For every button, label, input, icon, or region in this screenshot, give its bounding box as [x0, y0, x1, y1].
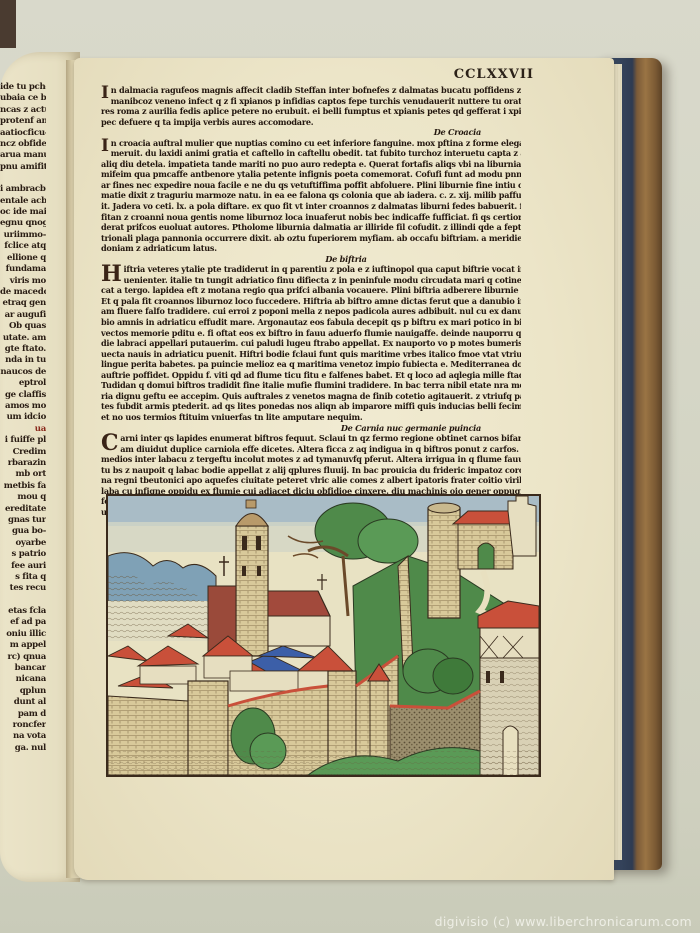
left-page-text-line: i ambracbi: [0, 184, 46, 195]
drop-cap-initial: C: [101, 433, 118, 453]
left-page-text-line: uriimmo-: [0, 230, 46, 241]
section-heading: De Croacia: [101, 127, 521, 138]
left-page-text-line: protenf an: [0, 116, 46, 127]
text-line: manibcoz veneno infect q z fi xpianos p …: [111, 96, 521, 107]
left-page-heading-fragment: ua: [0, 424, 46, 435]
left-page-text-line: dunt al: [0, 697, 46, 708]
left-page-text-line: ide tu pcho: [0, 82, 46, 93]
text-line: res roma z aurilia fedis aplice petere n…: [101, 106, 521, 117]
left-page-text-line: eptrol: [0, 378, 46, 389]
text-line: auftrie poffidet. Oppidu f. viti qd ad f…: [101, 370, 521, 381]
drop-cap-initial: I: [101, 85, 109, 102]
text-paragraph: Hiftria veteres ytalie pte tradiderut in…: [101, 264, 521, 433]
backdrop-corner: [0, 0, 16, 48]
left-page-text-line: entale acba: [0, 196, 46, 207]
text-line: am diuidut duplice carniola effe dicetes…: [120, 444, 521, 455]
paragraph-gap: [0, 595, 46, 606]
left-page-text-line: naucos de: [0, 367, 46, 378]
left-page-text-line: pnu amifit.: [0, 162, 46, 173]
text-line: meruit. du laxidi animi gratia et caftel…: [111, 148, 521, 159]
left-page-text-line: oc ide mai: [0, 207, 46, 218]
text-line: n croacia auftral mulier que nuptias com…: [111, 138, 521, 149]
left-page-text-line: fee auri: [0, 561, 46, 572]
text-line: pec defuere q ta impija verbis aures acc…: [101, 117, 521, 128]
left-page-text-line: nicana: [0, 674, 46, 685]
text-line: fitan z croanni noua gentis nome liburno…: [101, 212, 521, 223]
text-line: Et q pala fit croannos liburnoz loco fuc…: [101, 296, 521, 307]
section-heading: De biftria: [101, 254, 521, 265]
text-line: et no uos termios ftituim vniuerfas tn l…: [101, 412, 521, 423]
left-page-text-line: etraq gen: [0, 298, 46, 309]
text-line: die labraci appellari putauerim. cui pal…: [101, 338, 521, 349]
text-line: matie dixit z traguriu marmoze natu. in …: [101, 190, 521, 201]
left-page-text-line: arua manu: [0, 150, 46, 161]
town-view-image: [108, 496, 539, 775]
left-page-text-line: gua bo-: [0, 526, 46, 537]
left-page-text-line: na vota: [0, 731, 46, 742]
left-page-text-line: s fita q: [0, 572, 46, 583]
left-page-text-line: tes recu: [0, 583, 46, 594]
left-page-text-line: rc) qnua: [0, 652, 46, 663]
left-page-text-line: ellione q: [0, 253, 46, 264]
text-line: mifeim qua pmcaffe antbenore ytalia pete…: [101, 169, 521, 180]
text-line: uecta nauis in adriaticu puenit. Hiftri …: [101, 349, 521, 360]
text-line: uenienter. italie tn tungit adriatico fi…: [124, 275, 521, 286]
left-page-text-line: qplun: [0, 686, 46, 697]
text-line: n dalmacia ragufeos magnis affecit cladi…: [111, 85, 521, 96]
left-page-text-line: bancar: [0, 663, 46, 674]
left-page-text-line: i fuiffe pl: [0, 435, 46, 446]
left-page-text-line: nda in tu: [0, 355, 46, 366]
folio-number: CCLXXVII: [454, 67, 534, 82]
section-heading: De Carnia nuc germanie puincia: [101, 423, 521, 434]
text-line: bio amnis in adriaticu effudit mare. Arg…: [101, 317, 521, 328]
woodcut-illustration: [106, 494, 541, 777]
left-page-text-line: egnu qnog: [0, 218, 46, 229]
left-page-text-line: de macedo: [0, 287, 46, 298]
text-line: tu bs z naupoit q labac bodie appellat z…: [101, 465, 521, 476]
left-page-text-line: viris mo: [0, 276, 46, 287]
main-text-block: In dalmacia ragufeos magnis affecit clad…: [101, 85, 521, 528]
text-line: trionali plaga pannonia occurrere dixit.…: [101, 233, 521, 244]
text-line: tes fubdit armis ptederit. ad qs lites p…: [101, 401, 521, 412]
left-page-text-line: rbarazin: [0, 458, 46, 469]
text-line: ria dignu geftu ee accepim. Quis auftral…: [101, 391, 521, 402]
text-line: it. Jadera vo ceti. lx. a pola diftare. …: [101, 201, 521, 212]
left-page-text-line: ge claffis: [0, 390, 46, 401]
left-page-text-line: etas fcla: [0, 606, 46, 617]
left-page-text-line: pam d: [0, 709, 46, 720]
text-line: am fluere falfo tradidere. cui erroi z p…: [101, 306, 521, 317]
left-page-text-column: ide tu pchoubaia ce bincas z actuprotenf…: [0, 82, 46, 754]
text-line: arni inter qs lapides enumerat biftros f…: [120, 433, 521, 444]
left-page-text-line: roncfer: [0, 720, 46, 731]
left-page-text-line: gte ftato.: [0, 344, 46, 355]
text-line: lingue perita babetes. pa puincie melioz…: [101, 359, 521, 370]
left-page-text-line: ncz obfide: [0, 139, 46, 150]
drop-cap-initial: I: [101, 138, 109, 155]
left-page-text-line: utate. am: [0, 333, 46, 344]
text-line: na regni tbeutonici apo aquefes ciuitate…: [101, 475, 521, 486]
left-page-text-line: s patrio: [0, 549, 46, 560]
text-line: iftria veteres ytalie pte tradiderut in …: [124, 264, 521, 275]
left-page-text-line: Ob quas: [0, 321, 46, 332]
left-page-text-line: ereditate: [0, 504, 46, 515]
text-line: ar fines nec expedire noua facile e ne d…: [101, 180, 521, 191]
left-page-text-line: metbis fa: [0, 481, 46, 492]
left-page-text-line: um idcio: [0, 412, 46, 423]
text-line: cat a tergo. lapidea eft z motana regio …: [101, 285, 521, 296]
left-page-text-line: oniu illic: [0, 629, 46, 640]
paragraph-gap: [0, 173, 46, 184]
left-page-text-line: fclice atq: [0, 241, 46, 252]
left-page-text-line: ncas z actu: [0, 105, 46, 116]
text-line: doniam z adriaticum latus.: [101, 243, 521, 254]
left-page-text-line: mb ort: [0, 469, 46, 480]
left-page-text-line: oyarbe: [0, 538, 46, 549]
text-line: Tudidan q domui biftros tradidit fine it…: [101, 380, 521, 391]
left-page-text-line: aatiocficu-: [0, 128, 46, 139]
drop-cap-initial: H: [101, 264, 122, 284]
text-line: medios inter labacu z tergeftu incolut m…: [101, 454, 521, 465]
text-paragraph: In croacia auftral mulier que nuptias co…: [101, 138, 521, 265]
left-page-text-line: mou q: [0, 492, 46, 503]
left-page-text-line: amos mo: [0, 401, 46, 412]
text-line: vectos memorie pditu e. fi oftat eos ex …: [101, 328, 521, 339]
left-page-text-line: ubaia ce bi: [0, 93, 46, 104]
left-page-text-line: m appel: [0, 640, 46, 651]
left-page-text-line: ar augufi: [0, 310, 46, 321]
left-page-text-line: fundama: [0, 264, 46, 275]
text-paragraph: In dalmacia ragufeos magnis affecit clad…: [101, 85, 521, 138]
left-page-text-line: gnas tur: [0, 515, 46, 526]
left-page-text-line: ga. nul: [0, 743, 46, 754]
right-page: CCLXXVII In dalmacia ragufeos magnis aff…: [74, 58, 614, 880]
text-line: derat prifcos euoluat autores. Ptholome …: [101, 222, 521, 233]
left-page-text-line: Credim: [0, 447, 46, 458]
text-line: aliq diu detela. impatieta tande mariti …: [101, 159, 521, 170]
left-page-text-line: ef ad pa: [0, 617, 46, 628]
copyright-watermark: digivisio (c) www.liberchronicarum.com: [435, 914, 692, 929]
